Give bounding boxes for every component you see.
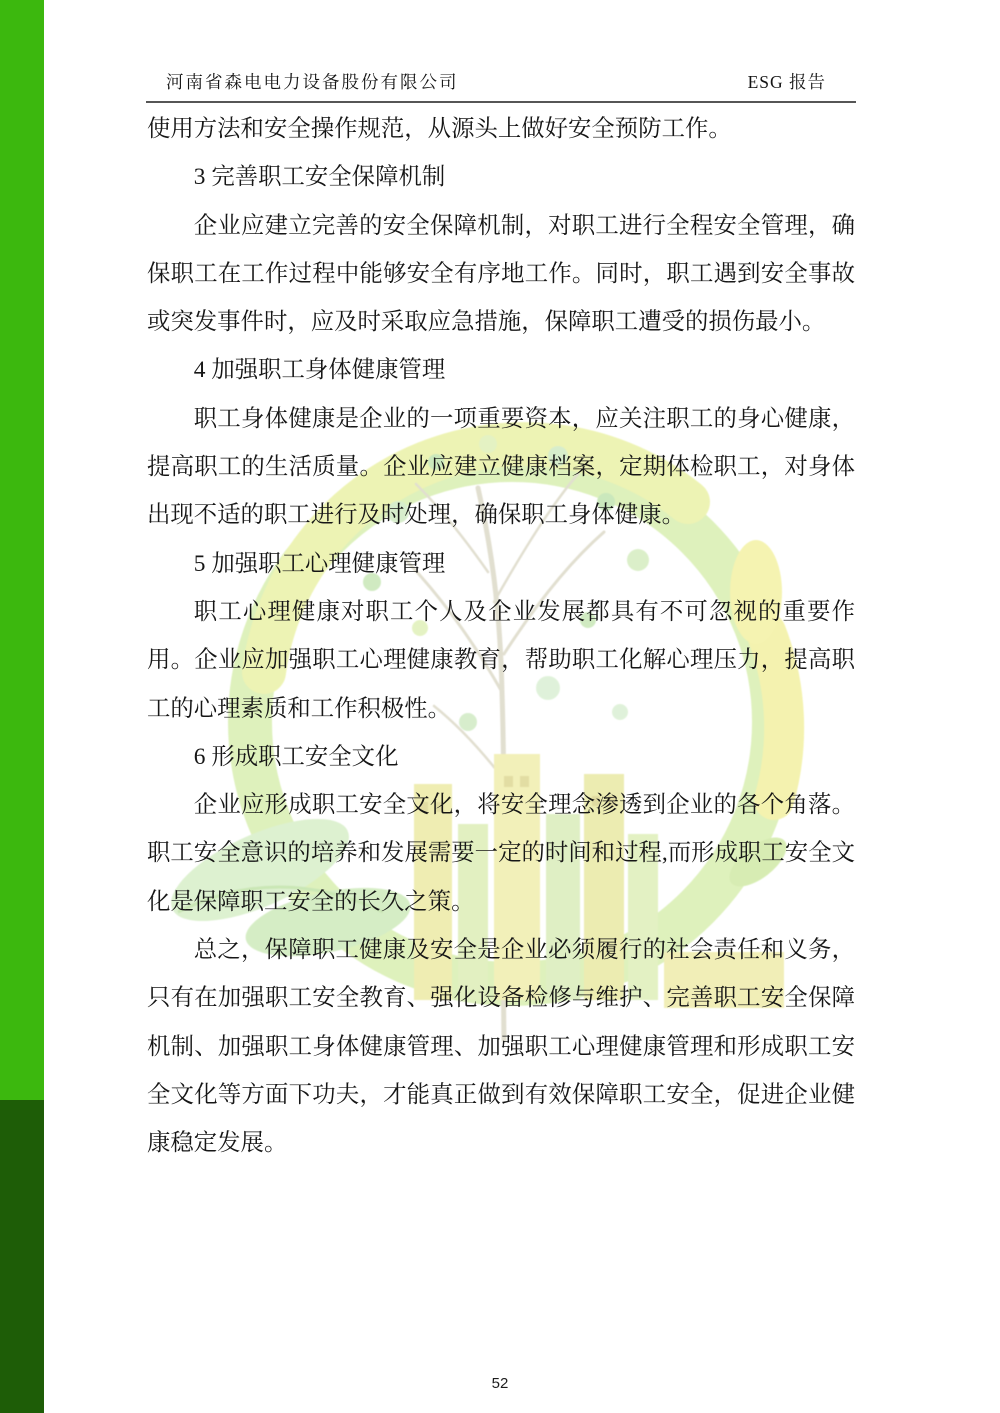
page-footer: 52 bbox=[0, 1375, 1000, 1392]
header-report-label: ESG 报告 bbox=[748, 69, 826, 94]
body-paragraph: 总之，保障职工健康及安全是企业必须履行的社会责任和义务，只有在加强职工安全教育、… bbox=[147, 926, 855, 1167]
body-paragraph: 企业应形成职工安全文化，将安全理念渗透到企业的各个角落。职工安全意识的培养和发展… bbox=[147, 781, 855, 926]
page-number: 52 bbox=[492, 1375, 509, 1392]
esg-report-page: 河南省森电电力设备股份有限公司 ESG 报告 使用方法和安全操作规范，从源头上做… bbox=[0, 0, 1000, 1413]
header-company-name: 河南省森电电力设备股份有限公司 bbox=[166, 69, 459, 94]
section-heading-4: 4 加强职工身体健康管理 bbox=[147, 346, 855, 394]
page-header: 河南省森电电力设备股份有限公司 ESG 报告 bbox=[146, 63, 856, 103]
left-accent-bar-top bbox=[0, 0, 44, 1100]
section-heading-6: 6 形成职工安全文化 bbox=[147, 733, 855, 781]
document-body: 使用方法和安全操作规范，从源头上做好安全预防工作。 3 完善职工安全保障机制 企… bbox=[147, 105, 855, 1168]
body-paragraph-continuation: 使用方法和安全操作规范，从源头上做好安全预防工作。 bbox=[147, 105, 855, 153]
body-paragraph: 职工身体健康是企业的一项重要资本，应关注职工的身心健康，提高职工的生活质量。企业… bbox=[147, 395, 855, 540]
body-paragraph: 企业应建立完善的安全保障机制，对职工进行全程安全管理，确保职工在工作过程中能够安… bbox=[147, 202, 855, 347]
left-accent-bar-bottom bbox=[0, 1100, 44, 1413]
body-paragraph: 职工心理健康对职工个人及企业发展都具有不可忽视的重要作用。企业应加强职工心理健康… bbox=[147, 588, 855, 733]
section-heading-3: 3 完善职工安全保障机制 bbox=[147, 153, 855, 201]
section-heading-5: 5 加强职工心理健康管理 bbox=[147, 540, 855, 588]
